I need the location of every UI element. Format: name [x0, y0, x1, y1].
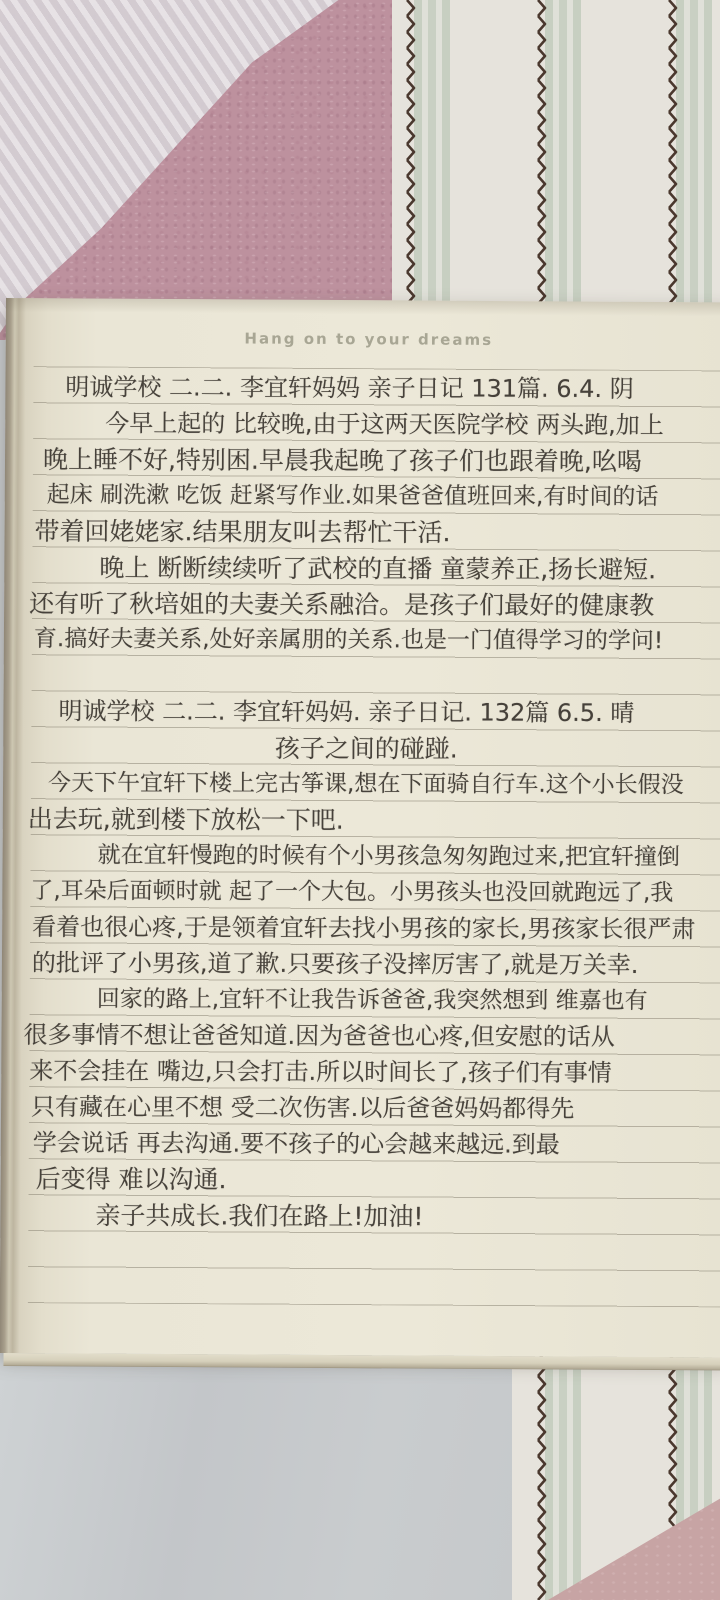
handwritten-line: 的批评了小男孩,道了歉.只要孩子没摔厉害了,就是万关幸. — [32, 948, 639, 981]
handwritten-line: 出去玩,就到楼下放松一下吧. — [28, 804, 344, 836]
entry2-header-line: 明诚学校 二.二. 李宜轩妈妈. 亲子日记. 132篇 6.5. 晴 — [58, 696, 634, 729]
handwritten-line: 学会说话 再去沟通.要不孩子的心会越来越远.到最 — [33, 1128, 560, 1161]
handwritten-line: 起床 刷洗漱 吃饭 赶紧写作业.如果爸爸值班回来,有时间的话 — [47, 480, 659, 513]
entry2-subtitle: 孩子之间的碰踫. — [3, 732, 720, 766]
handwritten-line: 很多事情不想让爸爸知道.因为爸爸也心疼,但安慰的话从 — [23, 1020, 614, 1053]
entry1-header-line: 明诚学校 二.二. 李宜轩妈妈 亲子日记 131篇. 6.4. 阴 — [65, 372, 633, 405]
handwritten-line: 带着回姥姥家.结果朋友叫去帮忙干活. — [35, 516, 451, 548]
photo-of-handwritten-diary: { "notebook": { "slogan": "Hang on to yo… — [0, 0, 720, 1600]
handwritten-line: 看着也很心疼,于是领着宜轩去找小男孩的家长,男孩家长很严肃 — [32, 912, 695, 945]
handwritten-line: 晚上睡不好,特别困.早晨我起晚了孩子们也跟着晚,吆喝 — [43, 444, 642, 477]
printed-slogan: Hang on to your dreams — [6, 328, 720, 356]
handwritten-line: 来不会挂在 嘴边,只会打击.所以时间长了,孩子们有事情 — [29, 1056, 612, 1089]
handwritten-closing-line: 亲子共成长.我们在路上!加油! — [95, 1200, 423, 1232]
handwritten-line: 了,耳朵后面顿时就 起了一个大包。小男孩头也没回就跑远了,我 — [30, 876, 673, 909]
handwritten-line: 晚上 断断续续听了武校的直播 童蒙养正,扬长避短. — [99, 552, 656, 585]
notebook-page: Hang on to your dreams 明诚学校 二.二. 李宜轩妈妈 亲… — [0, 298, 720, 1357]
plain-gray-fabric — [0, 1340, 512, 1600]
handwritten-line: 今天下午宜轩下楼上完古筝课,想在下面骑自行车.这个小长假没 — [48, 768, 684, 801]
handwritten-line: 还有听了秋培姐的夫妻关系融洽。是孩子们最好的健康教 — [29, 588, 654, 621]
handwritten-line: 回家的路上,宜轩不让我告诉爸爸,我突然想到 维嘉也有 — [97, 984, 648, 1017]
handwritten-line: 育.搞好夫妻关系,处好亲属朋的关系.也是一门值得学习的学问! — [34, 624, 663, 657]
handwritten-line: 后变得 难以沟通. — [36, 1163, 227, 1195]
handwritten-line: 只有藏在心里不想 受二次伤害.以后爸爸妈妈都得先 — [31, 1092, 574, 1125]
handwritten-line: 就在宜轩慢跑的时候有个小男孩急匆匆跑过来,把宜轩撞倒 — [98, 840, 680, 873]
handwritten-line: 今早上起的 比较晚,由于这两天医院学校 两头跑,加上 — [105, 408, 664, 441]
